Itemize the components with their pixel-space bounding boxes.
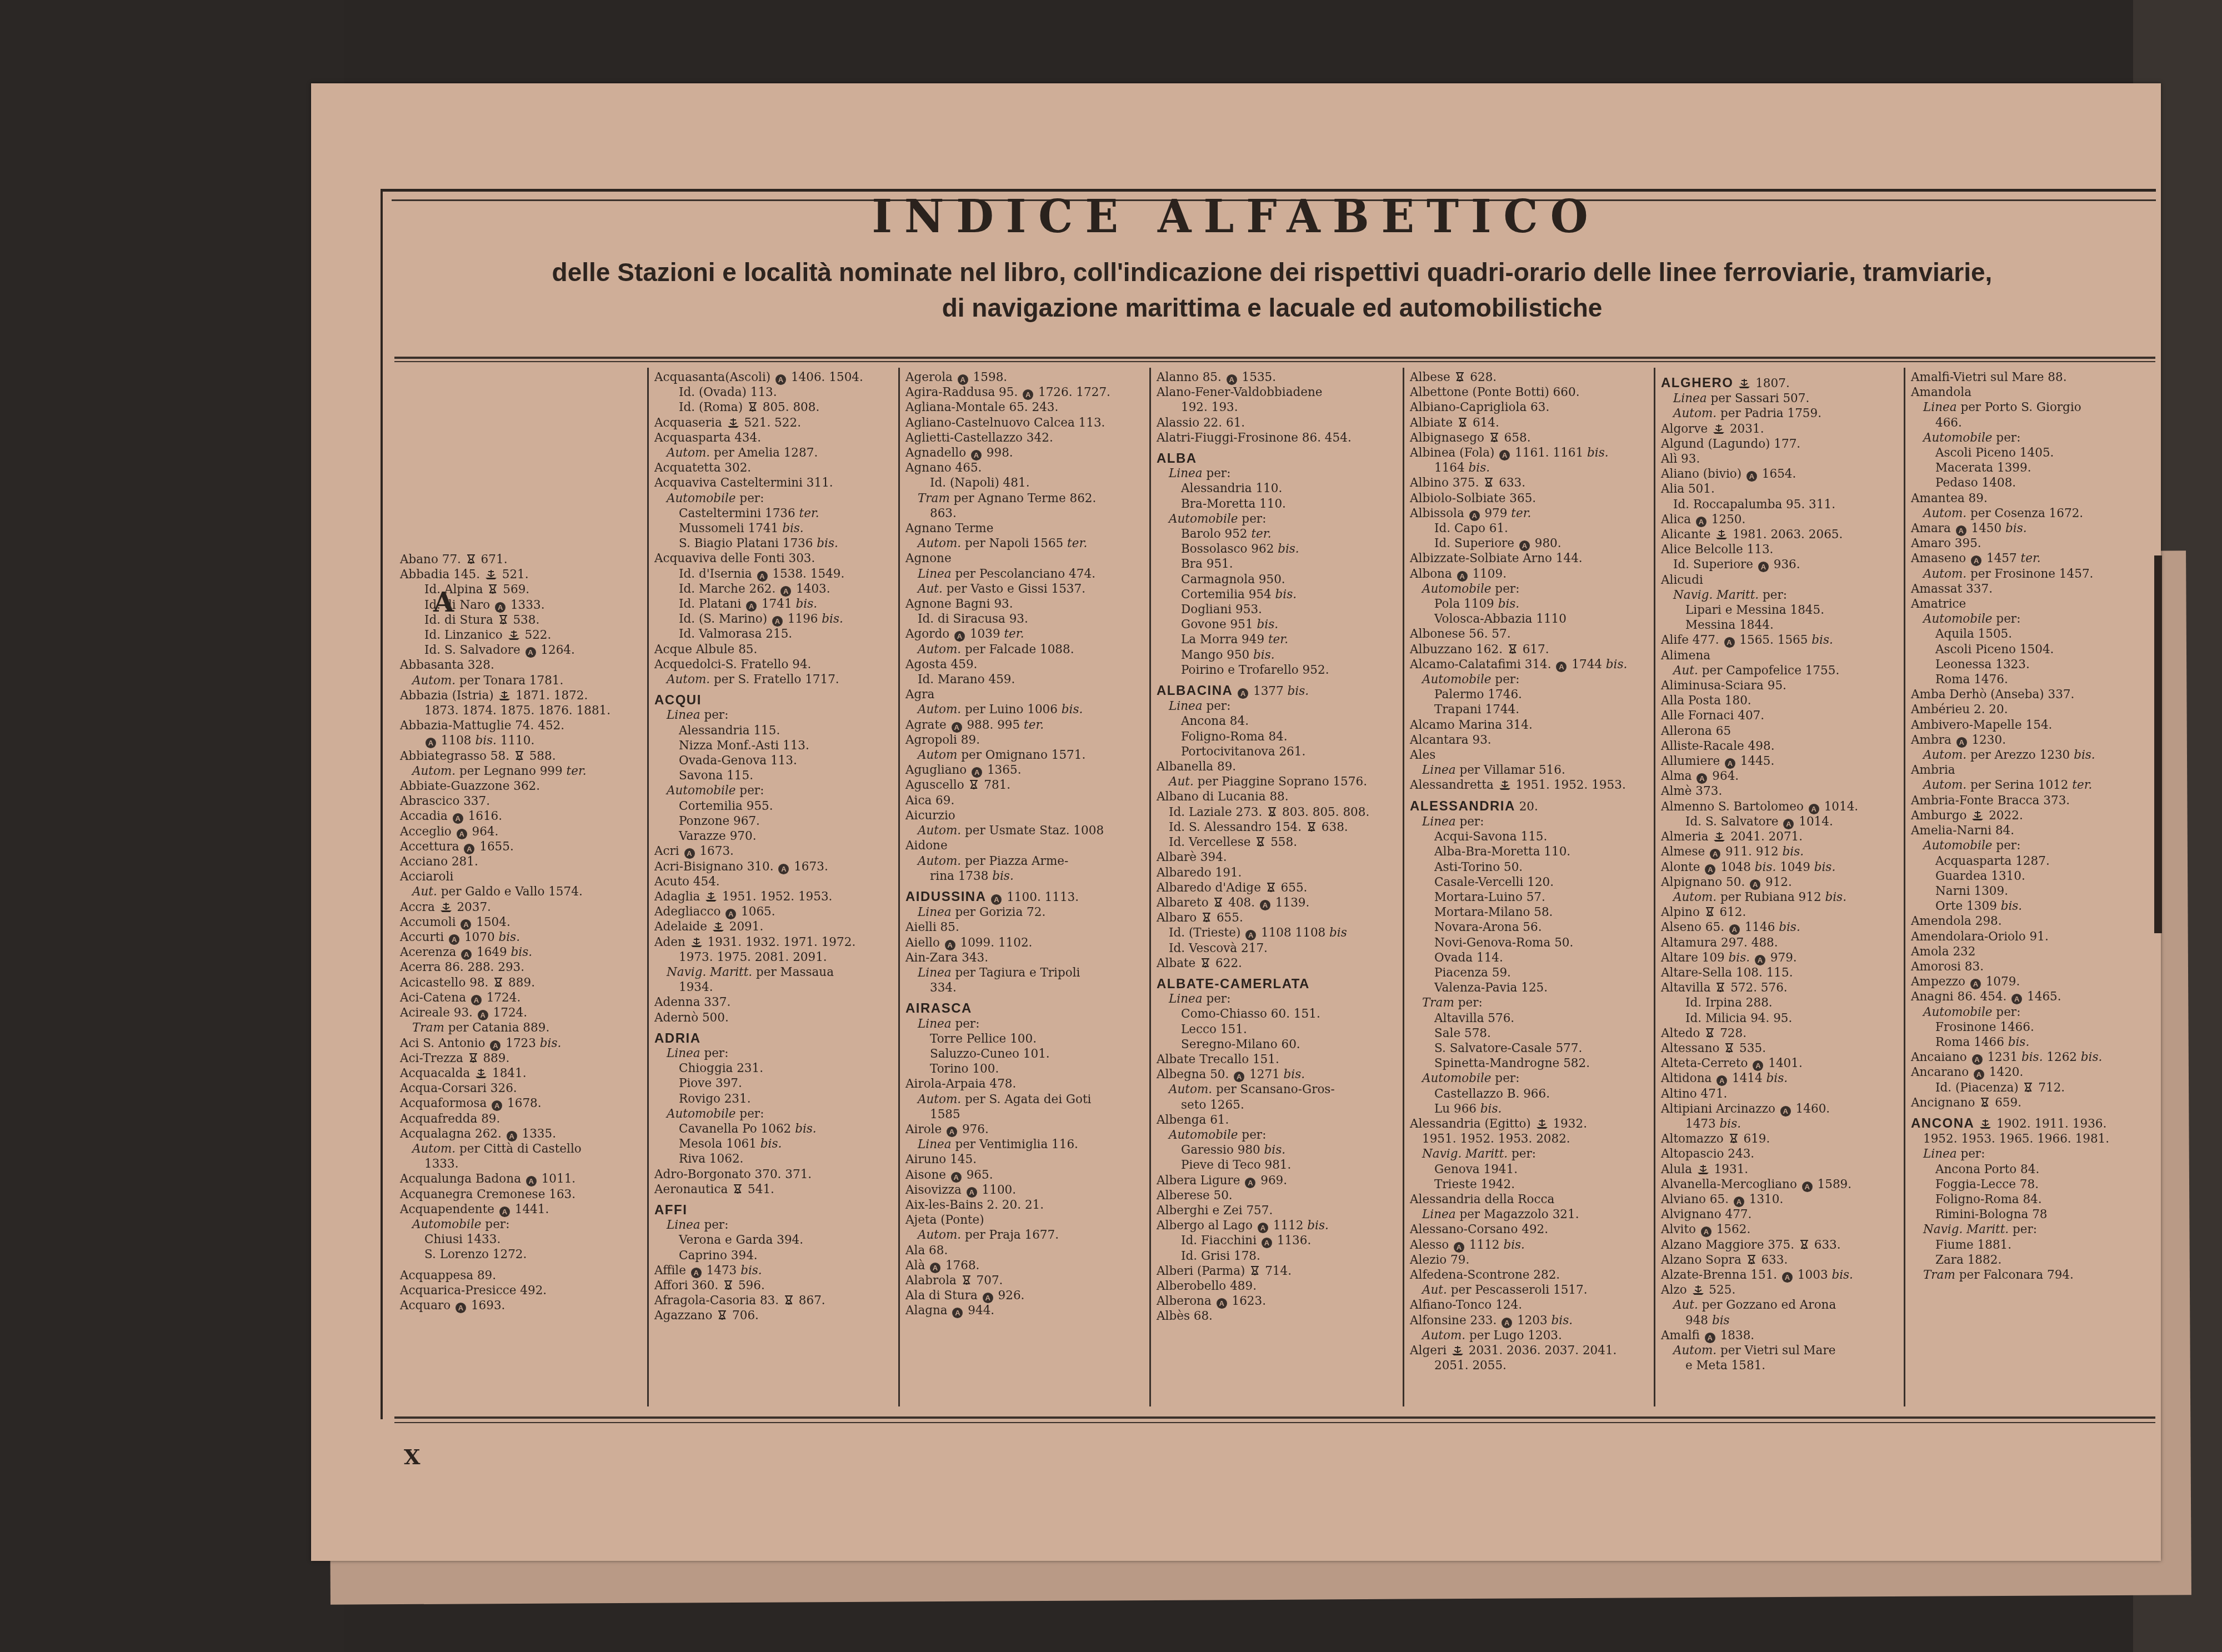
index-subentry: Linea per: xyxy=(654,708,895,723)
index-entry: Altessano 535. xyxy=(1661,1041,1900,1056)
index-subentry: Cortemilia 955. xyxy=(654,799,895,814)
index-entry: Albaro 655. xyxy=(1157,910,1399,925)
index-entry: Aguscello 781. xyxy=(905,778,1146,793)
index-subentry: Altavilla 576. xyxy=(1410,1011,1650,1026)
index-entry: Agnano Terme xyxy=(905,521,1146,536)
automobile-icon: A xyxy=(952,722,962,733)
tram-icon xyxy=(2022,1080,2034,1095)
index-entry: Alfiano-Tonco 124. xyxy=(1410,1298,1650,1313)
ship-icon xyxy=(1970,808,1985,823)
index-entry: Albano di Lucania 88. xyxy=(1157,789,1399,804)
index-subentry: Linea per Villamar 516. xyxy=(1410,763,1650,778)
index-entry: Acerra 86. 288. 293. xyxy=(400,960,644,975)
index-entry: Alvito A 1562. xyxy=(1661,1222,1900,1237)
ship-icon xyxy=(1712,829,1726,844)
index-subentry: Autom. per Lugo 1203. xyxy=(1410,1328,1650,1343)
index-entry: Alà A 1768. xyxy=(905,1258,1146,1273)
ship-icon xyxy=(507,628,521,643)
index-entry: Agordo A 1039 ter. xyxy=(905,627,1146,642)
index-subentry: Autom. per S. Agata dei Goti xyxy=(905,1092,1146,1107)
index-entry: Abbasanta 328. xyxy=(400,658,644,673)
index-entry: Albarè 394. xyxy=(1157,850,1399,865)
tram-icon xyxy=(487,582,499,597)
index-entry: Amola 232 xyxy=(1911,944,2152,959)
index-subentry: Genova 1941. xyxy=(1410,1162,1650,1177)
index-entry: Acquafredda 89. xyxy=(400,1112,644,1127)
index-subentry: Varazze 970. xyxy=(654,829,895,844)
index-subentry: Id. d'Isernia A 1538. 1549. xyxy=(654,567,895,582)
index-entry: Alfonsine 233. A 1203 bis. xyxy=(1410,1313,1650,1328)
index-entry: Alvanella-Mercogliano A 1589. xyxy=(1661,1177,1900,1192)
index-subentry: Autom. per Vietri sul Mare xyxy=(1661,1343,1900,1358)
index-subentry: Id. Platani A 1741 bis. xyxy=(654,597,895,612)
index-subentry: Lu 966 bis. xyxy=(1410,1102,1650,1117)
index-entry: Alteta-Cerreto A 1401. xyxy=(1661,1056,1900,1071)
index-subentry: Mesola 1061 bis. xyxy=(654,1137,895,1152)
automobile-icon: A xyxy=(1519,540,1530,551)
index-subentry: Roma 1466 bis. xyxy=(1911,1035,2152,1050)
automobile-icon: A xyxy=(1970,979,1981,989)
index-subentry: Palermo 1746. xyxy=(1410,687,1650,702)
index-column-6: ALGHERO 1807.Linea per Sassari 507.Autom… xyxy=(1655,368,1905,1406)
tram-icon xyxy=(1254,835,1267,850)
index-entry: Albino 375. 633. xyxy=(1410,475,1650,490)
automobile-icon: A xyxy=(958,374,968,385)
index-entry: Allerona 65 xyxy=(1661,724,1900,739)
footer-rule xyxy=(394,1416,2155,1419)
automobile-icon: A xyxy=(2011,994,2022,1004)
ship-icon xyxy=(726,415,740,430)
automobile-icon: A xyxy=(1974,1069,1984,1080)
index-entry: Alicante 1981. 2063. 2065. xyxy=(1661,527,1900,542)
index-entry: Ambérieu 2. 20. xyxy=(1911,702,2152,717)
index-subentry: 948 bis xyxy=(1661,1313,1900,1328)
index-subentry: Aut. per Pescasseroli 1517. xyxy=(1410,1283,1650,1298)
tram-icon xyxy=(1249,1264,1261,1279)
automobile-icon: A xyxy=(1260,900,1270,910)
index-entry: Ambra A 1230. xyxy=(1911,733,2152,748)
index-subentry: Asti-Torino 50. xyxy=(1410,860,1650,875)
index-entry: Alla Posta 180. xyxy=(1661,693,1900,708)
automobile-icon: A xyxy=(945,940,955,950)
index-subentry: Id. Fiacchini A 1136. xyxy=(1157,1233,1399,1248)
index-entry: Acerenza A 1649 bis. xyxy=(400,945,644,960)
index-subentry: Id. Marche 262. A 1403. xyxy=(654,582,895,597)
index-column-4: Alanno 85. A 1535.Alano-Fener-Valdobbiad… xyxy=(1151,368,1404,1406)
index-entry: Afragola-Casoria 83. 867. xyxy=(654,1293,895,1308)
automobile-icon: A xyxy=(526,1176,537,1187)
tram-icon xyxy=(1728,1132,1740,1147)
index-subentry: Linea per: xyxy=(905,1017,1146,1032)
automobile-icon: A xyxy=(1245,930,1256,940)
index-entry: Alassio 22. 61. xyxy=(1157,415,1399,430)
index-subentry: Id. Grisi 178. xyxy=(1157,1249,1399,1264)
index-entry: Algeri 2031. 2036. 2037. 2041. xyxy=(1410,1343,1650,1358)
index-entry: Agrate A 988. 995 ter. xyxy=(905,718,1146,733)
index-entry: Aielli 85. xyxy=(905,920,1146,935)
index-entry: Acquasparta 434. xyxy=(654,430,895,445)
index-entry: Ales xyxy=(1410,748,1650,763)
index-entry: Aidone xyxy=(905,838,1146,853)
subtitle-line-2: di navigazione marittima e lacuale ed au… xyxy=(383,290,2161,326)
index-entry: Adaglia 1951. 1952. 1953. xyxy=(654,889,895,904)
index-entry: Acceglio A 964. xyxy=(400,824,644,839)
index-entry: Aeronautica 541. xyxy=(654,1182,895,1197)
automobile-icon: A xyxy=(526,647,536,658)
ship-icon xyxy=(1737,376,1751,391)
index-subentry: Ascoli Piceno 1504. xyxy=(1911,642,2152,657)
index-subentry: Ancona 84. xyxy=(1157,714,1399,729)
index-entry: Abbiategrasso 58. 588. xyxy=(400,749,644,764)
index-entry: Amaro 395. xyxy=(1911,536,2152,551)
index-entry: Alesso A 1112 bis. xyxy=(1410,1238,1650,1253)
index-entry: Agnano 465. xyxy=(905,460,1146,475)
index-subentry: Tram per Falconara 794. xyxy=(1911,1268,2152,1283)
index-entry: Albinea (Fola) A 1161. 1161 bis. xyxy=(1410,445,1650,460)
index-subentry: Foligno-Roma 84. xyxy=(1911,1192,2152,1207)
index-column-7: Amalfi-Vietri sul Mare 88.AmandolaLinea … xyxy=(1905,368,2155,1406)
ship-icon xyxy=(711,919,725,934)
index-subentry: Automobile per: xyxy=(1410,672,1650,687)
tram-icon xyxy=(968,778,980,793)
automobile-icon: A xyxy=(1725,758,1735,769)
automobile-icon: A xyxy=(983,1293,993,1303)
index-subentry: Messina 1844. xyxy=(1661,618,1900,633)
ship-icon xyxy=(689,935,704,950)
index-entry: Acqualagna 262. A 1335. xyxy=(400,1127,644,1142)
automobile-icon: A xyxy=(478,1010,488,1020)
index-subentry: Ascoli Piceno 1405. xyxy=(1911,445,2152,460)
index-entry: Agra xyxy=(905,687,1146,702)
index-subentry: Autom. per Usmate Staz. 1008 xyxy=(905,823,1146,838)
tram-icon xyxy=(716,1308,728,1323)
index-entry: Accadia A 1616. xyxy=(400,809,644,824)
index-entry: Alabrola 707. xyxy=(905,1273,1146,1288)
index-entry: Alessandria (Egitto) 1932. xyxy=(1410,1117,1650,1132)
index-subentry: Id. (Trieste) A 1108 1108 bis xyxy=(1157,925,1399,940)
automobile-icon: A xyxy=(952,1308,963,1318)
index-entry: Adegliacco A 1065. xyxy=(654,904,895,919)
index-subentry: Aut. per Piaggine Soprano 1576. xyxy=(1157,774,1399,789)
index-entry: Ancaiano A 1231 bis. 1262 bis. xyxy=(1911,1050,2152,1065)
index-entry: Alife 477. A 1565. 1565 bis. xyxy=(1661,633,1900,648)
index-subentry: Id. Laziale 273. 803. 805. 808. xyxy=(1157,805,1399,820)
tram-icon xyxy=(1265,880,1277,895)
index-entry: Albiolo-Solbiate 365. xyxy=(1410,491,1650,506)
index-entry: Alì 93. xyxy=(1661,452,1900,467)
tram-icon xyxy=(1704,1026,1716,1041)
index-subentry: Autom. per Praja 1677. xyxy=(905,1228,1146,1243)
automobile-icon: A xyxy=(1454,1242,1464,1253)
automobile-icon: A xyxy=(725,909,736,919)
automobile-icon: A xyxy=(967,1187,977,1198)
tram-icon xyxy=(1454,370,1466,385)
index-entry: Alfedena-Scontrone 282. xyxy=(1410,1268,1650,1283)
index-entry: Altipiani Arcinazzo A 1460. xyxy=(1661,1102,1900,1117)
tram-icon xyxy=(1723,1041,1735,1056)
index-subentry: Chiusi 1433. xyxy=(400,1232,644,1247)
index-subentry: Linea per: xyxy=(1157,699,1399,714)
automobile-icon: A xyxy=(1227,374,1237,385)
index-subentry: Foggia-Lecce 78. xyxy=(1911,1177,2152,1192)
index-subentry: Alessandria 115. xyxy=(654,723,895,738)
index-entry: Alonte A 1048 bis. 1049 bis. xyxy=(1661,860,1900,875)
ship-icon xyxy=(1978,1117,1993,1132)
automobile-icon: A xyxy=(1023,389,1033,400)
index-heading: ALBACINA A 1377 bis. xyxy=(1157,683,1399,699)
index-subentry: Zara 1882. xyxy=(1911,1253,2152,1268)
automobile-icon: A xyxy=(1971,555,1981,566)
index-subentry: Barolo 952 ter. xyxy=(1157,527,1399,542)
index-entry: Aiello A 1099. 1102. xyxy=(905,935,1146,950)
automobile-icon: A xyxy=(1746,471,1757,482)
index-subentry: Autom. per Arezzo 1230 bis. xyxy=(1911,748,2152,763)
index-entry: Acque Albule 85. xyxy=(654,642,895,657)
index-entry: Amaseno A 1457 ter. xyxy=(1911,551,2152,566)
index-subentry: Id. Milicia 94. 95. xyxy=(1661,1011,1900,1026)
header-rule xyxy=(394,357,2155,359)
index-entry: Aisone A 965. xyxy=(905,1168,1146,1183)
index-subentry: Autom. per Piazza Arme- xyxy=(905,854,1146,869)
index-subentry: Aut. per Vasto e Gissi 1537. xyxy=(905,582,1146,597)
ship-icon xyxy=(1714,527,1729,542)
index-entry: Altare 109 bis. A 979. xyxy=(1661,950,1900,965)
index-subentry: Id. Vescovà 217. xyxy=(1157,941,1399,956)
index-entry: Alliste-Racale 498. xyxy=(1661,739,1900,754)
tram-icon xyxy=(1507,642,1519,657)
index-entry: Acquappesa 89. xyxy=(400,1268,644,1283)
index-subentry: Id. Roccapalumba 95. 311. xyxy=(1661,497,1900,512)
index-subentry: Id. Superiore A 936. xyxy=(1661,557,1900,572)
index-entry: Alessano-Corsano 492. xyxy=(1410,1222,1650,1237)
index-entry: Altopascio 243. xyxy=(1661,1147,1900,1162)
index-subentry: Dogliani 953. xyxy=(1157,602,1399,617)
index-subentry: Autom. per Napoli 1565 ter. xyxy=(905,536,1146,551)
index-subentry: Autom. per Scansano-Gros- xyxy=(1157,1082,1399,1097)
index-subentry: Id. Superiore A 980. xyxy=(1410,536,1650,551)
index-subentry: Pedaso 1408. xyxy=(1911,475,2152,490)
index-entry: Affile A 1473 bis. xyxy=(654,1263,895,1278)
index-entry: Amendola 298. xyxy=(1911,914,2152,929)
index-subentry: Linea per Magazzolo 321. xyxy=(1410,1207,1650,1222)
index-entry: Alberona A 1623. xyxy=(1157,1294,1399,1309)
automobile-icon: A xyxy=(1217,1298,1227,1309)
tram-icon xyxy=(1798,1238,1810,1253)
automobile-icon: A xyxy=(492,1100,502,1111)
automobile-icon: A xyxy=(1734,1197,1744,1207)
index-entry: Acquedolci-S. Fratello 94. xyxy=(654,657,895,672)
tram-icon xyxy=(492,975,504,990)
index-subentry: Automobile per: xyxy=(1911,612,2152,627)
index-subentry: Poirino e Trofarello 952. xyxy=(1157,663,1399,678)
ship-icon xyxy=(484,567,498,582)
automobile-icon: A xyxy=(1262,1238,1272,1248)
index-entry: Ampezzo A 1079. xyxy=(1911,974,2152,989)
index-entry: Acquaviva delle Fonti 303. xyxy=(654,551,895,566)
index-entry: Amendolara-Oriolo 91. xyxy=(1911,929,2152,944)
automobile-icon: A xyxy=(1705,864,1715,875)
tram-icon xyxy=(1199,956,1212,971)
index-subentry: Autom. per Legnano 999 ter. xyxy=(400,764,644,779)
index-subentry: Autom. per Cosenza 1672. xyxy=(1911,506,2152,521)
index-subentry: Foligno-Roma 84. xyxy=(1157,729,1399,744)
automobile-icon: A xyxy=(746,601,757,612)
index-subentry: Caprino 394. xyxy=(654,1248,895,1263)
index-entry: Alessandria della Rocca xyxy=(1410,1192,1650,1207)
index-entry: Albissola A 979 ter. xyxy=(1410,506,1650,521)
tram-icon xyxy=(1979,1095,1991,1110)
index-subentry: Id. S. Salvatore A 1014. xyxy=(1661,814,1900,829)
index-subentry: Valenza-Pavia 125. xyxy=(1410,980,1650,995)
index-subentry: Linea per: xyxy=(654,1046,895,1061)
index-subentry: Autom. per S. Fratello 1717. xyxy=(654,672,895,687)
automobile-icon: A xyxy=(757,571,768,582)
index-entry: Agnone xyxy=(905,551,1146,566)
index-entry: Agira-Raddusa 95. A 1726. 1727. xyxy=(905,385,1146,400)
automobile-icon: A xyxy=(507,1131,517,1142)
index-entry: Aglietti-Castellazzo 342. xyxy=(905,430,1146,445)
index-entry: Amantea 89. xyxy=(1911,491,2152,506)
ship-icon xyxy=(1711,422,1726,437)
section-letter: A xyxy=(433,595,454,610)
index-subentry: Trapani 1744. xyxy=(1410,702,1650,717)
automobile-icon: A xyxy=(1758,562,1769,572)
index-heading: ALBA xyxy=(1157,451,1399,466)
tram-icon xyxy=(1200,910,1213,925)
tram-icon xyxy=(1305,820,1318,835)
index-heading: AIDUSSINA A 1100. 1113. xyxy=(905,889,1146,905)
index-heading: ALESSANDRIA 20. xyxy=(1410,799,1650,814)
index-entry: Alice Belcolle 113. xyxy=(1661,542,1900,557)
index-entry: Alcantara 93. xyxy=(1410,733,1650,748)
index-subentry: Id. S. Salvadore A 1264. xyxy=(400,643,644,658)
index-subentry: Linea per Pescolanciano 474. xyxy=(905,567,1146,582)
index-entry: Aci S. Antonio A 1723 bis. xyxy=(400,1036,644,1051)
index-subentry: Id. (Roma) 805. 808. xyxy=(654,400,895,415)
index-subentry: Frosinone 1466. xyxy=(1911,1020,2152,1035)
index-subentry: Automobile per: xyxy=(1911,1005,2152,1020)
index-subentry: 1934. xyxy=(654,980,895,995)
index-entry: Almeria 2041. 2071. xyxy=(1661,829,1900,844)
index-entry: Abrascico 337. xyxy=(400,794,644,809)
index-entry: Amassat 337. xyxy=(1911,582,2152,597)
index-entry: Agugliano A 1365. xyxy=(905,763,1146,778)
index-entry: Amatrice xyxy=(1911,597,2152,612)
index-entry: Abano 77. 671. xyxy=(400,552,644,567)
tram-icon xyxy=(732,1182,744,1197)
automobile-icon: A xyxy=(1705,1333,1715,1343)
index-subentry: Cortemilia 954 bis. xyxy=(1157,587,1399,602)
index-subentry: Sale 578. xyxy=(1410,1026,1650,1041)
automobile-icon: A xyxy=(1753,1060,1763,1071)
index-entry: Albès 68. xyxy=(1157,1309,1399,1324)
index-entry: Acquaseria 521. 522. xyxy=(654,415,895,430)
index-subentry: Torre Pellice 100. xyxy=(905,1032,1146,1047)
index-subentry: Novi-Genova-Roma 50. xyxy=(1410,935,1650,950)
index-subentry: Aut. per Galdo e Vallo 1574. xyxy=(400,884,644,899)
index-subentry: Autom. per Tonara 1781. xyxy=(400,673,644,688)
index-entry: Alanno 85. A 1535. xyxy=(1157,370,1399,385)
index-entry: Acciano 281. xyxy=(400,854,644,869)
index-entry: Alberobello 489. xyxy=(1157,1279,1399,1294)
index-entry: Ambria xyxy=(1911,763,2152,778)
index-subentry: S. Salvatore-Casale 577. xyxy=(1410,1041,1650,1056)
index-entry: Alcamo Marina 314. xyxy=(1410,718,1650,733)
index-subentry: Portocivitanova 261. xyxy=(1157,744,1399,759)
index-subentry: Piove 397. xyxy=(654,1076,895,1091)
index-entry: Albona A 1109. xyxy=(1410,567,1650,582)
index-subentry: Automobile per: xyxy=(654,1107,895,1122)
index-subentry: Spinetta-Mandrogne 582. xyxy=(1410,1056,1650,1071)
index-entry: Alzate-Brenna 151. A 1003 bis. xyxy=(1661,1268,1900,1283)
index-entry: Airola-Arpaia 478. xyxy=(905,1077,1146,1092)
index-subentry: Linea per Gorizia 72. xyxy=(905,905,1146,920)
page-subtitle: delle Stazioni e località nominate nel l… xyxy=(383,254,2161,326)
index-subentry: 863. xyxy=(905,506,1146,521)
index-subentry: S. Lorenzo 1272. xyxy=(400,1247,644,1262)
index-entry: Amba Derhò (Anseba) 337. xyxy=(1911,687,2152,702)
ship-icon xyxy=(1535,1117,1549,1132)
index-entry: Alviano 65. A 1310. xyxy=(1661,1192,1900,1207)
index-subentry: Casteltermini 1736 ter. xyxy=(654,506,895,521)
index-subentry: 1473 bis. xyxy=(1661,1117,1900,1132)
tram-icon xyxy=(465,552,477,567)
index-entry: Amara A 1450 bis. xyxy=(1911,521,2152,536)
index-subentry: Casale-Vercelli 120. xyxy=(1410,875,1650,890)
automobile-icon: A xyxy=(772,616,783,627)
index-entry: Altidona A 1414 bis. xyxy=(1661,1071,1900,1086)
index-subentry: Linea per: xyxy=(1911,1147,2152,1162)
index-entry: Alberi (Parma) 714. xyxy=(1157,1264,1399,1279)
automobile-icon: A xyxy=(780,586,791,597)
tram-icon xyxy=(1745,1253,1758,1268)
index-entry: Albiate 614. xyxy=(1410,415,1650,430)
index-subentry: Autom. per Padria 1759. xyxy=(1661,406,1900,421)
index-entry: Ala 68. xyxy=(905,1243,1146,1258)
index-entry: Alvignano 477. xyxy=(1661,1207,1900,1222)
index-entry: Allumiere A 1445. xyxy=(1661,754,1900,769)
index-entry: Almè 373. xyxy=(1661,784,1900,799)
index-heading: ALGHERO 1807. xyxy=(1661,376,1900,391)
automobile-icon: A xyxy=(972,767,982,778)
index-subentry: Trieste 1942. xyxy=(1410,1177,1650,1192)
index-entry: Aicurzio xyxy=(905,808,1146,823)
index-subentry: 1333. xyxy=(400,1157,644,1172)
tram-icon xyxy=(722,1278,734,1293)
automobile-icon: A xyxy=(1469,510,1480,521)
tram-icon xyxy=(1488,430,1500,445)
ship-icon xyxy=(497,688,512,703)
index-entry: Altedo 728. xyxy=(1661,1026,1900,1041)
automobile-icon: A xyxy=(951,1172,962,1183)
index-subentry: Leonessa 1323. xyxy=(1911,657,2152,672)
index-entry: Albaredo d'Adige 655. xyxy=(1157,880,1399,895)
index-subentry: Mussomeli 1741 bis. xyxy=(654,521,895,536)
tram-icon xyxy=(1483,475,1495,490)
automobile-icon: A xyxy=(1457,571,1468,582)
index-entry: Alberghi e Zei 757. xyxy=(1157,1203,1399,1218)
index-column-1: AAbano 77. 671.Abbadia 145. 521.Id. Alpi… xyxy=(394,368,649,1406)
index-subentry: Aquila 1505. xyxy=(1911,627,2152,642)
index-entry: Altamura 297. 488. xyxy=(1661,935,1900,950)
index-subentry: rina 1738 bis. xyxy=(905,869,1146,884)
index-subentry: Linea per: xyxy=(1157,466,1399,481)
index-subentry: Tram per Catania 889. xyxy=(400,1020,644,1035)
index-entry: Acquanegra Cremonese 163. xyxy=(400,1187,644,1202)
index-subentry: Autom. per Luino 1006 bis. xyxy=(905,702,1146,717)
index-entry: Aden 1931. 1932. 1971. 1972. xyxy=(654,935,895,950)
automobile-icon: A xyxy=(778,864,789,874)
